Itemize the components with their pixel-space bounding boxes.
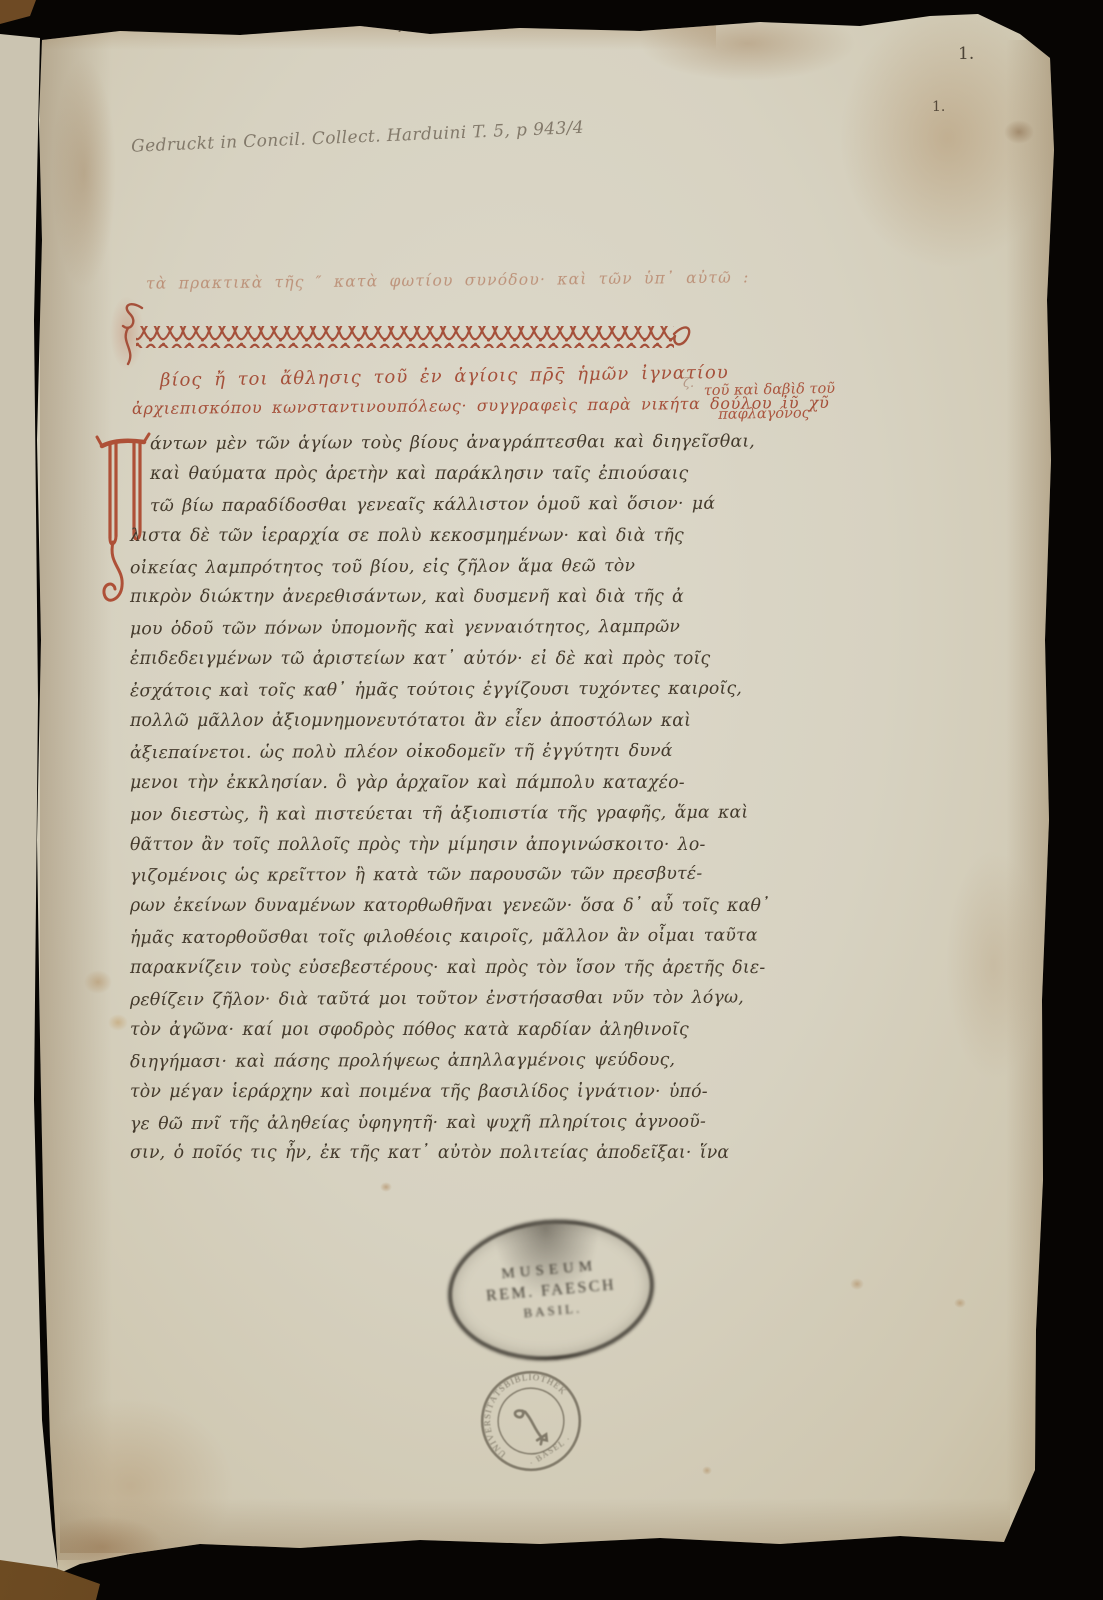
margin-note-line: παφλαγόνος (718, 401, 836, 427)
manuscript-line: καὶ θαύματα πρὸς ἀρετὴν καὶ παράκλησιν τ… (150, 464, 710, 495)
gutter-shadow (40, 30, 112, 1560)
stain (84, 970, 112, 994)
university-library-basel-stamp: UNIVERSITÄTSBIBLIOTHEK · BASEL · (476, 1366, 586, 1476)
manuscript-text-block: άντων μὲν τῶν ἁγίων τοὺς βίους ἀναγράπτε… (130, 433, 710, 1174)
manuscript-line: γιζομένοις ὡς κρεῖττον ἢ κατὰ τῶν παρουσ… (130, 864, 710, 897)
manuscript-line: τῶ βίω παραδίδοσθαι γενεαῖς κάλλιστον ὁμ… (150, 494, 710, 527)
manuscript-line: οἰκείας λαμπρότητος τοῦ βίου, εἰς ζῆλον … (130, 555, 710, 588)
manuscript-line: πικρὸν διώκτην ἀνερεθισάντων, καὶ δυσμεν… (130, 587, 710, 618)
folio-number: 1. (958, 44, 974, 64)
manuscript-line: μον διεστὼς, ἢ καὶ πιστεύεται τῆ ἀξιοπισ… (130, 802, 710, 835)
stain (850, 1278, 864, 1290)
stain (28, 1398, 233, 1573)
baselstab-crozier-icon (514, 1405, 549, 1448)
faint-margin-mark: ζ. (683, 376, 694, 391)
top-edge-shade (36, 24, 716, 50)
stain (380, 1182, 392, 1192)
manuscript-line: σιν, ὁ ποῖός τις ἦν, ἐκ τῆς κατ᾽ αὐτὸν π… (130, 1143, 710, 1174)
manuscript-line: λιστα δὲ τῶν ἱεραρχία σε πολὺ κεκοσμημέν… (130, 526, 710, 557)
stain (40, 1516, 165, 1578)
stamp-text: BASIL. (523, 1300, 583, 1321)
manuscript-line: τὸν μέγαν ἱεράρχην καὶ ποιμένα τῆς βασιλ… (130, 1082, 710, 1113)
stain (52, 58, 116, 288)
manuscript-line: πολλῶ μᾶλλον ἀξιομνημονευτότατοι ἂν εἶεν… (130, 711, 710, 742)
interlace-headband (118, 298, 698, 370)
manuscript-line: ἡμᾶς κατορθοῦσθαι τοῖς φιλοθέοις καιροῖς… (130, 926, 710, 959)
manuscript-line: ἐπιδεδειγμένων τῶ ἀριστείων κατ᾽ αὐτόν· … (130, 649, 710, 680)
manuscript-line: παρακνίζειν τοὺς εὐσεβεστέρους· καὶ πρὸς… (130, 958, 710, 989)
parchment-page: Gedruckt in Concil. Collect. Harduini T.… (0, 0, 1103, 1600)
stain (954, 1298, 966, 1308)
manuscript-line: τὸν ἀγῶνα· καί μοι σφοδρὸς πόθος κατὰ κα… (130, 1020, 710, 1051)
quire-mark: ϯ (396, 20, 404, 37)
bottom-edge-shade (60, 1498, 1010, 1553)
right-edge-shade (1006, 40, 1054, 1510)
manuscript-line: ἀξιεπαίνετοι. ὡς πολὺ πλέον οἰκοδομεῖν τ… (130, 741, 710, 774)
stain (840, 8, 1055, 268)
stain (1004, 120, 1034, 144)
stamp-bottom-text: · BASEL · (527, 1433, 573, 1468)
stain (640, 6, 855, 81)
margin-note-line: τοῦ καὶ δαβὶδ τοῦ (704, 377, 836, 403)
stain (108, 1014, 128, 1031)
manuscript-line: ρεθίζειν ζῆλον· διὰ ταῦτά μοι τοῦτον ἐνσ… (130, 988, 710, 1021)
manuscript-line: ἐσχάτοις καὶ τοῖς καθ᾽ ἡμᾶς τούτοις ἐγγί… (130, 679, 710, 712)
stain (946, 850, 1041, 1080)
manuscript-line: θᾶττον ἂν τοῖς πολλοῖς πρὸς τὴν μίμησιν … (130, 835, 710, 866)
manuscript-line: μου ὁδοῦ τῶν πόνων ὑπομονῆς καὶ γενναιότ… (130, 617, 710, 650)
manuscript-line: ρων ἐκείνων δυναμένων κατορθωθῆναι γενεῶ… (130, 896, 710, 927)
manuscript-line: διηγήμασι· καὶ πάσης προλήψεως ἀπηλλαγμέ… (130, 1050, 710, 1083)
folio-number: 1. (932, 99, 945, 115)
manuscript-line: άντων μὲν τῶν ἁγίων τοὺς βίους ἀναγράπτε… (150, 432, 710, 465)
museum-faesch-stamp: MUSEUM REM. FAESCH BASIL. (442, 1211, 659, 1368)
manuscript-photo: Gedruckt in Concil. Collect. Harduini T.… (0, 0, 1103, 1600)
stain (702, 1466, 712, 1475)
faded-title-line: τὰ πρακτικὰ τῆς ″ κατὰ φωτίου συνόδου· κ… (146, 269, 686, 293)
manuscript-line: γε θῶ πνῖ τῆς ἀληθείας ὑφηγητῆ· καὶ ψυχῆ… (130, 1111, 710, 1144)
pencil-note: Gedruckt in Concil. Collect. Harduini T.… (131, 119, 551, 157)
manuscript-line: μενοι τὴν ἐκκλησίαν. ὃ γὰρ ἀρχαῖον καὶ π… (130, 773, 710, 804)
margin-note: τοῦ καὶ δαβὶδ τοῦ παφλαγόνος (704, 377, 836, 427)
